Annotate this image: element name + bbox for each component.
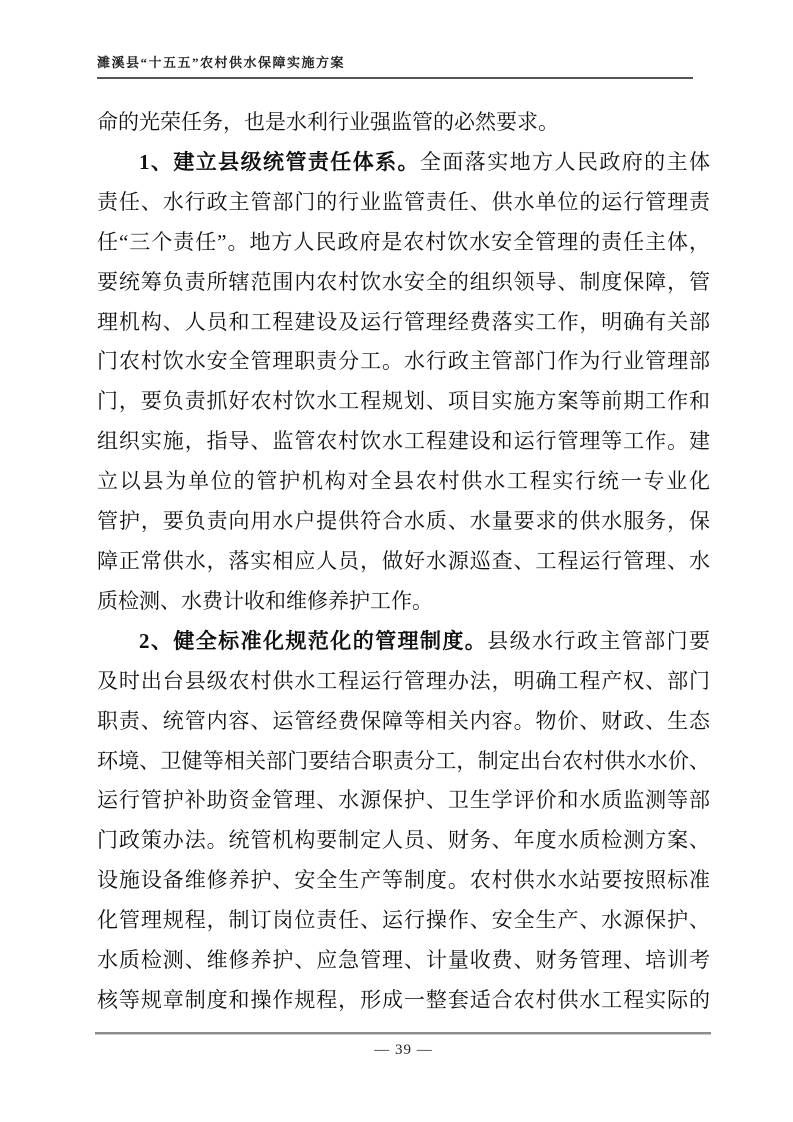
body-line: 水质检测、维修养护、应急管理、计量收费、财务管理、培训考 (97, 941, 710, 981)
body-line: 2、健全标准化规范化的管理制度。县级水行政主管部门要 (97, 622, 710, 662)
body-line-text: 职责、统管内容、运管经费保障等相关内容。物价、财政、生态 (97, 709, 710, 733)
body-line-text: 立以县为单位的管护机构对全县农村供水工程实行统一专业化 (97, 469, 710, 493)
body-line: 障正常供水，落实相应人员，做好水源巡查、工程运行管理、水 (97, 542, 710, 582)
body-line-text: 质检测、水费计收和维修养护工作。 (97, 589, 433, 613)
body-line: 组织实施，指导、监管农村饮水工程建设和运行管理等工作。建 (97, 422, 710, 462)
body-line: 门政策办法。统管机构要制定人员、财务、年度水质检测方案、 (97, 821, 710, 861)
body-line: 核等规章制度和操作规程，形成一整套适合农村供水工程实际的 (97, 981, 710, 1021)
body-line: 门，要负责抓好农村饮水工程规划、项目实施方案等前期工作和 (97, 382, 710, 422)
body-line-text: 门，要负责抓好农村饮水工程规划、项目实施方案等前期工作和 (97, 389, 710, 413)
body-line-text: 设施设备维修养护、安全生产等制度。农村供水水站要按照标准 (97, 868, 710, 892)
body-line: 化管理规程，制订岗位责任、运行操作、安全生产、水源保护、 (97, 901, 710, 941)
body-line: 运行管护补助资金管理、水源保护、卫生学评价和水质监测等部 (97, 781, 710, 821)
body-line-text: 门政策办法。统管机构要制定人员、财务、年度水质检测方案、 (97, 828, 710, 852)
body-line-text: 要统筹负责所辖范围内农村饮水安全的组织领导、制度保障，管 (97, 270, 710, 294)
body-line: 1、建立县级统管责任体系。全面落实地方人民政府的主体 (97, 143, 710, 183)
body-line: 命的光荣任务，也是水利行业强监管的必然要求。 (97, 103, 710, 143)
body-line: 任“三个责任”。地方人民政府是农村饮水安全管理的责任主体， (97, 223, 710, 263)
page-header: 濉溪县“十五五”农村供水保障实施方案 (97, 52, 693, 79)
body-line: 设施设备维修养护、安全生产等制度。农村供水水站要按照标准 (97, 861, 710, 901)
body-line-text: 运行管护补助资金管理、水源保护、卫生学评价和水质监测等部 (97, 788, 710, 812)
body-line: 立以县为单位的管护机构对全县农村供水工程实行统一专业化 (97, 462, 710, 502)
body-line-text: 门农村饮水安全管理职责分工。水行政主管部门作为行业管理部 (97, 349, 710, 373)
body-line-text: 责任、水行政主管部门的行业监管责任、供水单位的运行管理责 (97, 190, 710, 214)
header-title: 濉溪县“十五五”农村供水保障实施方案 (97, 55, 345, 70)
body-line: 责任、水行政主管部门的行业监管责任、供水单位的运行管理责 (97, 183, 710, 223)
body-line: 要统筹负责所辖范围内农村饮水安全的组织领导、制度保障，管 (97, 263, 710, 303)
body-line-text: 核等规章制度和操作规程，形成一整套适合农村供水工程实际的 (97, 988, 710, 1012)
body-line-text: 组织实施，指导、监管农村饮水工程建设和运行管理等工作。建 (97, 429, 710, 453)
document-page: 濉溪县“十五五”农村供水保障实施方案 命的光荣任务，也是水利行业强监管的必然要求… (0, 0, 793, 1122)
body-line-text: 及时出台县级农村供水工程运行管理办法，明确工程产权、部门 (97, 669, 710, 693)
paragraph-lead: 2、健全标准化规范化的管理制度。 (139, 629, 487, 653)
body-line-text: 任“三个责任”。地方人民政府是农村饮水安全管理的责任主体， (97, 230, 710, 254)
body-line: 管护，要负责向用水户提供符合水质、水量要求的供水服务，保 (97, 502, 710, 542)
body-line-text: 全面落实地方人民政府的主体 (420, 150, 710, 174)
body-line-text: 环境、卫健等相关部门要结合职责分工，制定出台农村供水水价、 (97, 749, 710, 773)
body-line-text: 命的光荣任务，也是水利行业强监管的必然要求。 (97, 110, 559, 134)
body-line-text: 管护，要负责向用水户提供符合水质、水量要求的供水服务，保 (97, 509, 710, 533)
document-body: 命的光荣任务，也是水利行业强监管的必然要求。1、建立县级统管责任体系。全面落实地… (97, 103, 710, 1021)
body-line-text: 县级水行政主管部门要 (487, 629, 710, 653)
body-line: 门农村饮水安全管理职责分工。水行政主管部门作为行业管理部 (97, 342, 710, 382)
page-number: — 39 — (97, 1042, 710, 1059)
paragraph-lead: 1、建立县级统管责任体系。 (139, 150, 420, 174)
body-line-text: 障正常供水，落实相应人员，做好水源巡查、工程运行管理、水 (97, 549, 710, 573)
body-line: 环境、卫健等相关部门要结合职责分工，制定出台农村供水水价、 (97, 742, 710, 782)
body-line-text: 理机构、人员和工程建设及运行管理经费落实工作，明确有关部 (97, 310, 710, 334)
body-line-text: 化管理规程，制订岗位责任、运行操作、安全生产、水源保护、 (97, 908, 710, 932)
body-line: 理机构、人员和工程建设及运行管理经费落实工作，明确有关部 (97, 303, 710, 343)
body-line: 职责、统管内容、运管经费保障等相关内容。物价、财政、生态 (97, 702, 710, 742)
body-line-text: 水质检测、维修养护、应急管理、计量收费、财务管理、培训考 (97, 948, 710, 972)
footer-rule (95, 1032, 711, 1035)
body-line: 质检测、水费计收和维修养护工作。 (97, 582, 710, 622)
body-line: 及时出台县级农村供水工程运行管理办法，明确工程产权、部门 (97, 662, 710, 702)
